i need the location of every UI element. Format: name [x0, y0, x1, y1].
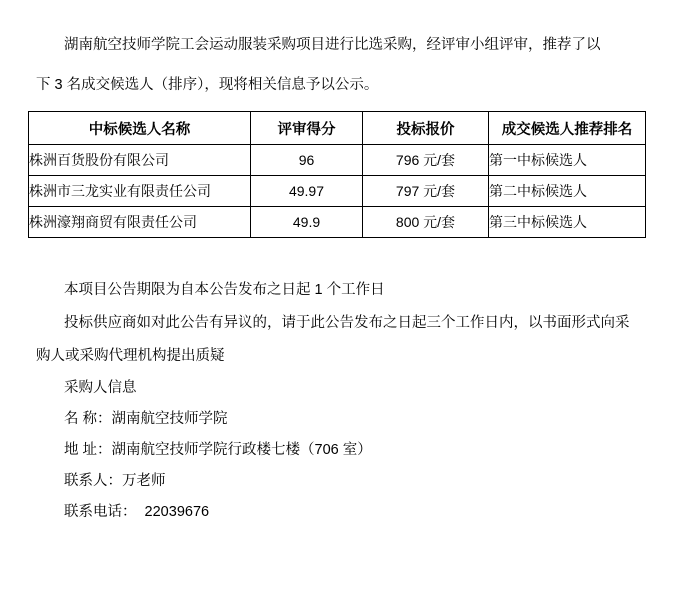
review-score-cell: 49.97 — [251, 176, 363, 207]
review-score-cell: 96 — [251, 145, 363, 176]
objection-line-2: 购人或采购代理机构提出质疑 — [36, 340, 675, 373]
recommend-rank-cell: 第三中标候选人 — [489, 207, 646, 238]
purchaser-address-line: 地 址：湖南航空技师学院行政楼七楼（706 室） — [36, 435, 675, 466]
purchaser-phone-line: 联系电话： 22039676 — [36, 497, 675, 528]
col-header-review-score: 评审得分 — [251, 112, 363, 145]
notice-block: 本项目公告期限为自本公告发布之日起 1 个工作日 投标供应商如对此公告有异议的，… — [0, 274, 675, 373]
bid-price-cell: 796 元/套 — [363, 145, 489, 176]
candidates-table: 中标候选人名称 评审得分 投标报价 成交候选人推荐排名 株洲百货股份有限公司 9… — [28, 111, 646, 238]
intro-line-2: 下 3 名成交候选人（排序），现将相关信息予以公示。 — [36, 65, 675, 105]
bid-price-cell: 800 元/套 — [363, 207, 489, 238]
candidate-name-cell: 株洲市三龙实业有限责任公司 — [29, 176, 251, 207]
purchaser-info-title: 采购人信息 — [36, 373, 675, 404]
col-header-recommend-rank: 成交候选人推荐排名 — [489, 112, 646, 145]
table-row: 株洲濠翔商贸有限责任公司 49.9 800 元/套 第三中标候选人 — [29, 207, 646, 238]
col-header-bid-price: 投标报价 — [363, 112, 489, 145]
candidate-name-cell: 株洲濠翔商贸有限责任公司 — [29, 207, 251, 238]
recommend-rank-cell: 第二中标候选人 — [489, 176, 646, 207]
col-header-candidate-name: 中标候选人名称 — [29, 112, 251, 145]
objection-line-1: 投标供应商如对此公告有异议的，请于此公告发布之日起三个工作日内，以书面形式向采 — [36, 307, 675, 340]
purchaser-info-block: 采购人信息 名 称：湖南航空技师学院 地 址：湖南航空技师学院行政楼七楼（706… — [0, 373, 675, 528]
recommend-rank-cell: 第一中标候选人 — [489, 145, 646, 176]
notice-period-line: 本项目公告期限为自本公告发布之日起 1 个工作日 — [36, 274, 675, 307]
purchaser-contact-line: 联系人：万老师 — [36, 466, 675, 497]
bid-price-cell: 797 元/套 — [363, 176, 489, 207]
table-row: 株洲百货股份有限公司 96 796 元/套 第一中标候选人 — [29, 145, 646, 176]
purchaser-name-line: 名 称：湖南航空技师学院 — [36, 404, 675, 435]
table-header-row: 中标候选人名称 评审得分 投标报价 成交候选人推荐排名 — [29, 112, 646, 145]
table-row: 株洲市三龙实业有限责任公司 49.97 797 元/套 第二中标候选人 — [29, 176, 646, 207]
candidate-name-cell: 株洲百货股份有限公司 — [29, 145, 251, 176]
review-score-cell: 49.9 — [251, 207, 363, 238]
intro-line-1: 湖南航空技师学院工会运动服装采购项目进行比选采购，经评审小组评审，推荐了以 — [36, 25, 675, 65]
announcement-document: 湖南航空技师学院工会运动服装采购项目进行比选采购，经评审小组评审，推荐了以 下 … — [0, 0, 675, 594]
